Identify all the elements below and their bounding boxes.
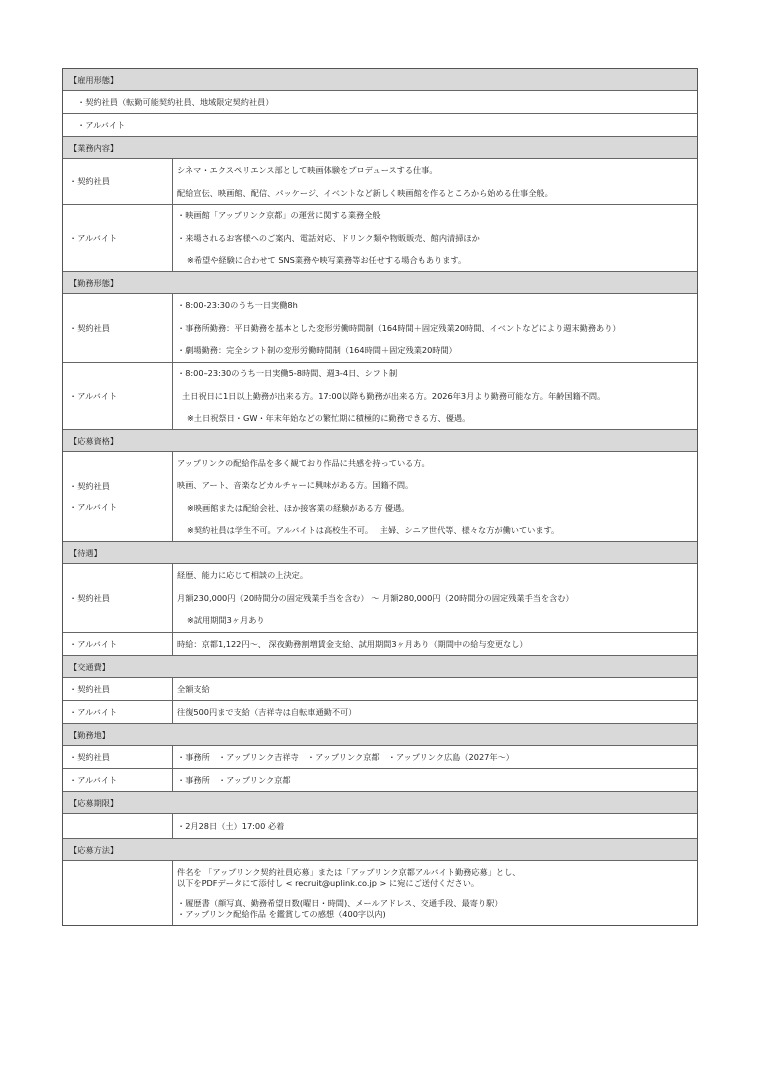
location-contract-row: ・契約社員 ・事務所 ・アップリンク吉祥寺 ・アップリンク京都 ・アップリンク広… — [63, 746, 697, 769]
section-header-location: 【勤務地】 — [63, 724, 697, 746]
compensation-parttime-row: ・アルバイト 時給：京都1,122円～、 深夜勤務割増賃金支給、試用期間3ヶ月あ… — [63, 633, 697, 656]
section-header-qualifications: 【応募資格】 — [63, 430, 697, 452]
email-instruction: 以下をPDFデータにて添付し < recruit@uplink.co.jp > … — [177, 878, 697, 889]
row-label: ・契約社員 — [63, 294, 173, 362]
row-label: ・契約社員 — [63, 746, 173, 768]
how-to-apply-row: 件名を 「アップリンク契約社員応募」または「アップリンク京都アルバイト勤務応募」… — [63, 861, 697, 925]
row-value: ・8:00-23:30のうち一日実働8h ・事務所勤務：平日勤務を基本とした変形… — [173, 294, 697, 362]
row-label: ・契約社員 — [63, 159, 173, 204]
work-style-contract-row: ・契約社員 ・8:00-23:30のうち一日実働8h ・事務所勤務：平日勤務を基… — [63, 294, 697, 363]
section-header-transport: 【交通費】 — [63, 656, 697, 678]
row-value: 全額支給 — [173, 678, 697, 700]
row-value: ・映画館「アップリンク京都」の運営に関する業務全般 ・来場されるお客様へのご案内… — [173, 205, 697, 271]
transport-parttime-row: ・アルバイト 往復500円まで支給（吉祥寺は自転車通勤不可） — [63, 701, 697, 724]
employment-type-contract: ・契約社員（転勤可能契約社員、地域限定契約社員） — [63, 91, 697, 114]
transport-contract-row: ・契約社員 全額支給 — [63, 678, 697, 701]
qualifications-row: ・契約社員 ・アルバイト アップリンクの配給作品を多く観ており作品に共感を持って… — [63, 452, 697, 542]
deadline-row: ・2月28日（土）17:00 必着 — [63, 814, 697, 839]
section-header-deadline: 【応募期限】 — [63, 792, 697, 814]
section-header-work-style: 【勤務形態】 — [63, 272, 697, 294]
row-value: ・2月28日（土）17:00 必着 — [173, 814, 697, 838]
section-header-compensation: 【待遇】 — [63, 542, 697, 564]
work-style-parttime-row: ・アルバイト ・8:00–23:30のうち一日実働5-8時間、週3-4日、シフト… — [63, 363, 697, 430]
employment-type-parttime: ・アルバイト — [63, 114, 697, 137]
row-value: 時給：京都1,122円～、 深夜勤務割増賃金支給、試用期間3ヶ月あり（期間中の給… — [173, 633, 697, 655]
row-value: 経歴、能力に応じて相談の上決定。 月額230,000円（20時間分の固定残業手当… — [173, 564, 697, 632]
section-header-how-to-apply: 【応募方法】 — [63, 839, 697, 861]
row-value: 往復500円まで支給（吉祥寺は自転車通勤不可） — [173, 701, 697, 723]
row-label: ・アルバイト — [63, 363, 173, 429]
section-header-employment-type: 【雇用形態】 — [63, 69, 697, 91]
section-header-job-content: 【業務内容】 — [63, 137, 697, 159]
row-label: ・契約社員 ・アルバイト — [63, 452, 173, 541]
row-label: ・アルバイト — [63, 769, 173, 791]
row-value: アップリンクの配給作品を多く観ており作品に共感を持っている方。 映画、アート、音… — [173, 452, 697, 541]
row-value: ・事務所 ・アップリンク京都 — [173, 769, 697, 791]
job-content-parttime-row: ・アルバイト ・映画館「アップリンク京都」の運営に関する業務全般 ・来場されるお… — [63, 205, 697, 272]
row-label — [63, 861, 173, 925]
row-label: ・アルバイト — [63, 633, 173, 655]
row-value: シネマ・エクスペリエンス部として映画体験をプロデュースする仕事。 配給宣伝、映画… — [173, 159, 697, 204]
row-value: 件名を 「アップリンク契約社員応募」または「アップリンク京都アルバイト勤務応募」… — [173, 861, 697, 925]
row-label: ・契約社員 — [63, 564, 173, 632]
row-label: ・アルバイト — [63, 205, 173, 271]
row-label — [63, 814, 173, 838]
compensation-contract-row: ・契約社員 経歴、能力に応じて相談の上決定。 月額230,000円（20時間分の… — [63, 564, 697, 633]
location-parttime-row: ・アルバイト ・事務所 ・アップリンク京都 — [63, 769, 697, 792]
row-label: ・契約社員 — [63, 678, 173, 700]
job-content-contract-row: ・契約社員 シネマ・エクスペリエンス部として映画体験をプロデュースする仕事。 配… — [63, 159, 697, 205]
row-value: ・8:00–23:30のうち一日実働5-8時間、週3-4日、シフト制 土日祝日に… — [173, 363, 697, 429]
row-label: ・アルバイト — [63, 701, 173, 723]
row-value: ・事務所 ・アップリンク吉祥寺 ・アップリンク京都 ・アップリンク広島（2027… — [173, 746, 697, 768]
recruitment-table: 【雇用形態】 ・契約社員（転勤可能契約社員、地域限定契約社員） ・アルバイト 【… — [62, 68, 698, 926]
